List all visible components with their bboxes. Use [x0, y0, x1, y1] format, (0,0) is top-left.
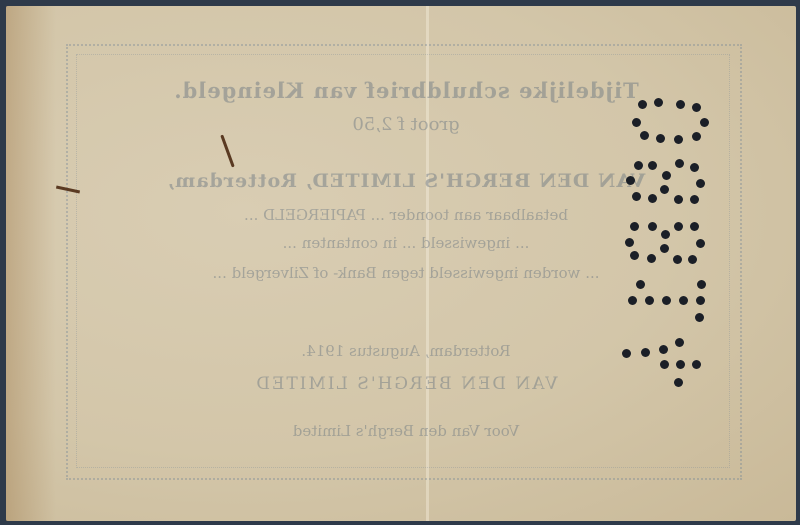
signature-line: Voor Van den Bergh's Limited [96, 422, 716, 440]
voucher-paper: Tijdelijke schuldbrief van Kleingeld. gr… [6, 6, 796, 521]
perforated-serial-number [610, 88, 720, 388]
